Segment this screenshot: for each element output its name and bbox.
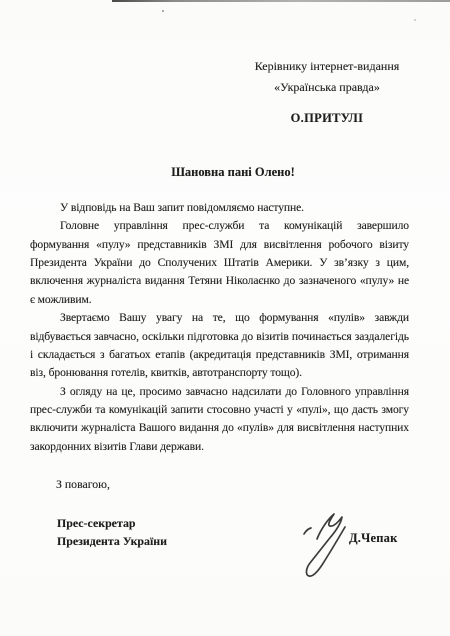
addressee-line: «Українська правда» xyxy=(248,77,406,98)
salutation: Шановна пані Олено! xyxy=(112,165,354,180)
signer-name: Д.Чепак xyxy=(349,531,398,546)
text-line: віз, бронювання готелів, квитків, автотр… xyxy=(30,364,409,382)
text-line: Президента України до Сполучених Штатів … xyxy=(30,254,409,272)
text-line: включити журналіста Вашого видання до «п… xyxy=(30,419,409,437)
text-line: включення журналіста видання Тетяни Ніко… xyxy=(30,272,409,290)
signer-title-block: Прес-секретар Президента України xyxy=(57,514,167,551)
signer-title-line: Прес-секретар xyxy=(57,514,167,532)
letter-body: У відповідь на Ваш запит повідомляємо на… xyxy=(30,199,409,456)
paragraph: Головне управління прес-служби та комуні… xyxy=(30,217,409,309)
text-line: є можливим. xyxy=(30,291,409,309)
addressee-block: Керівнику інтернет-видання «Українська п… xyxy=(248,56,406,126)
text-line: Головне управління прес-служби та комуні… xyxy=(30,217,409,235)
scan-speck xyxy=(162,10,164,12)
text-line: Звертаємо Вашу увагу на те, що формуванн… xyxy=(30,309,409,327)
text-line: закордонних візитів Глави держави. xyxy=(30,438,409,456)
closing-regards: З повагою, xyxy=(56,477,110,492)
paragraph: Звертаємо Вашу увагу на те, що формуванн… xyxy=(30,309,409,382)
text-line: і складається з багатьох етапів (акредит… xyxy=(30,346,409,364)
addressee-name: О.ПРИТУЛІ xyxy=(248,111,406,126)
text-line: відбувається завчасно, оскільки підготов… xyxy=(30,328,409,346)
signature-icon xyxy=(297,510,357,584)
text-line: У відповідь на Ваш запит повідомляємо на… xyxy=(30,199,409,217)
scan-artifact-line xyxy=(112,0,450,2)
addressee-line: Керівнику інтернет-видання xyxy=(248,56,406,77)
text-line: формування «пулу» представників ЗМІ для … xyxy=(30,236,409,254)
text-line: З огляду на це, просимо завчасно надсила… xyxy=(30,383,409,401)
signer-title-line: Президента України xyxy=(57,532,167,550)
letter-page: Керівнику інтернет-видання «Українська п… xyxy=(0,0,450,636)
text-line: прес-служби та комунікацій запити стосов… xyxy=(30,401,409,419)
paragraph: З огляду на це, просимо завчасно надсила… xyxy=(30,383,409,456)
paragraph: У відповідь на Ваш запит повідомляємо на… xyxy=(30,199,409,217)
scan-speck xyxy=(414,19,416,21)
